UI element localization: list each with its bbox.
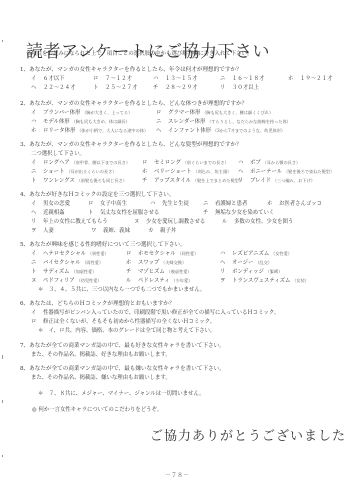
option-5-i[interactable]: イヘテロセクシャル （異性愛） (31, 249, 109, 257)
option-1-ho[interactable]: ホ１９～２１才 (288, 74, 332, 82)
option-5-ha[interactable]: ハレズビアニズム （女性愛） (220, 249, 292, 257)
option-1-ha[interactable]: ハ１３～１５才 (153, 74, 197, 82)
option-4-ri[interactable]: リ年上の女性に教えてもらう (31, 217, 108, 225)
option-4-ka[interactable]: カ親子丼 (148, 226, 176, 234)
option-3-to[interactable]: トワンレングス （前髪も後ろも同じ長さ） (31, 176, 127, 184)
option-4-ru[interactable]: ル多数の女性、少女を囲う (222, 217, 293, 225)
scan-mark (2, 400, 3, 403)
option-4-ni[interactable]: ニ看護婦と患者 (203, 199, 247, 207)
option-5-he[interactable]: ヘオージー （乱交） (220, 258, 272, 266)
option-1-chi[interactable]: チ２８～２９才 (153, 83, 197, 91)
option-6-ro[interactable]: ロ修正は全くないが、そもそも初めから性器描写の全くないＨコミック。 (31, 317, 215, 325)
scan-mark (2, 355, 3, 359)
footnote-q3-5: ＊ ３、４、５共に、三つ以内なら一つでも二つでもかまいません。 (38, 285, 205, 293)
page-number: －７８－ (165, 470, 189, 479)
option-4-i[interactable]: イ男女の恋愛 (31, 199, 70, 207)
scan-mark (2, 40, 3, 42)
free-comment: ◎ 何か一言女性キャラについてのこだわりをどうぞ。 (32, 405, 162, 413)
option-4-ro[interactable]: ロ女子中高生 (88, 199, 127, 207)
question-text: あなたが、マンガの女性キャラクターを作るとしたら、年令は何才が理想的ですか？ (29, 67, 241, 73)
option-3-ni[interactable]: ニショート （耳が出るくらいの長さ） (31, 167, 116, 175)
footnote-q7-8: ＊ ７、８共に、メジャー、マイナー、ジャンルは一切問いません。 (38, 389, 205, 397)
option-3-ha[interactable]: ハボブ （耳から顎の長さ） (238, 158, 300, 166)
option-3-he[interactable]: ヘポニーテール （髪を後ろで束ねた髪型） (238, 167, 334, 175)
option-4-ha[interactable]: ハ先生と生徒 (150, 199, 189, 207)
option-1-he[interactable]: ヘ２２～２４才 (31, 83, 75, 91)
option-5-to[interactable]: トサディズム （加虐性愛） (31, 267, 96, 275)
option-1-ri[interactable]: リ３０才以上 (220, 83, 259, 91)
option-4-wa[interactable]: ワ義姉、義妹 (91, 226, 130, 234)
option-3-i[interactable]: イロングヘア （肩甲骨、腰以下までの長さ） (31, 158, 130, 166)
option-1-ro[interactable]: ロ７～１２才 (93, 74, 132, 82)
scan-mark (2, 455, 3, 457)
question-7-subtext: また、その作品名、掲載誌、好きな理由もお願いします。 (31, 350, 171, 358)
option-2-he[interactable]: ヘインファント体形 （3から7才までのような、幼児体形） (156, 126, 285, 134)
option-4-to[interactable]: ト気丈な女性を屈服させる (88, 208, 159, 216)
question-3-subtext: 二つ選択して下さい。 (31, 149, 85, 157)
option-2-ha[interactable]: ハモデル体形 （胸も尻も大きめ、体は細長） (31, 117, 130, 125)
footnote-q6: ＊ イ、ロ共、内容、価格、本のグレードは全て同じ物と考えて下さい。 (38, 326, 215, 334)
question-6: 6、あなたは、どちらのＨコミックが理想的とおもいますか？ (20, 299, 174, 307)
double-circle-icon: ◎ (32, 407, 37, 413)
option-5-chi[interactable]: チマゾヒズム （被虐性愛） (126, 267, 192, 275)
option-4-he[interactable]: ヘ近親相姦 (31, 208, 65, 216)
option-2-ro[interactable]: ログラマー体形 （胸も尻も大きく、腰は細くくびれ） (156, 108, 273, 116)
intro-text: 各項目をお読みになられた上で、項目ごとの選択肢の中から選び解答欄に書き入れて下さ… (26, 49, 252, 57)
option-5-ro[interactable]: ロホモセクシャル （同性愛） (126, 249, 198, 257)
option-1-ni[interactable]: ニ１６～１８才 (220, 74, 264, 82)
option-6-i[interactable]: イ性器描写がビンバン入っていたので、印刷段階で黒い修正が全ての描写に入っているＨ… (31, 308, 279, 316)
question-8: 8、あなたが全ての商業マンガ誌の中で、最も嫌いな女性キャラを書いて下さい。 (20, 364, 225, 372)
option-5-ho[interactable]: ホスワップ （夫婦交換） (126, 258, 186, 266)
option-5-ru[interactable]: ルペドレスティ （少年愛） (126, 276, 192, 284)
option-4-nu[interactable]: ヌ少女を愛玩し調教させる (134, 217, 205, 225)
thanks-message: ご協力ありがとうございました (150, 425, 346, 444)
option-3-ho[interactable]: ホベリーショート （刈込み、坊主頭） (142, 167, 231, 175)
option-3-chi[interactable]: チアップスタイル （髪を上でまとめた髪型） (142, 176, 243, 184)
option-5-ri[interactable]: リボンディッジ （緊縛） (220, 267, 282, 275)
option-5-nu[interactable]: ヌペドフィリア （幼児性愛） (31, 276, 102, 284)
question-2: 2、あなたが、マンガの女性キャラクターを作るとしたら、どんな体つきが理想的ですか… (20, 99, 247, 107)
option-2-ho[interactable]: ホロリータ体形 （体が小柄で、大人になる途中の体） (31, 126, 148, 134)
option-4-chi[interactable]: チ無垢な少女を染めていく (203, 208, 274, 216)
option-1-i[interactable]: イ６才以下 (31, 74, 65, 82)
option-2-i[interactable]: イブランバー体形 （胸が大きく、上ってる） (31, 108, 132, 116)
option-4-wo[interactable]: ヲ人妻 (31, 226, 54, 234)
option-4-ho[interactable]: ホお医者さんゴッコ (267, 199, 322, 207)
question-3: 3、あなたが、マンガの女性キャラクターを作るとしたら、どんな髪型が理想的ですか？ (20, 140, 242, 148)
option-3-ro[interactable]: ロセミロング （肩ぐらいまでの長さ） (142, 158, 229, 166)
question-5: 5、あなたが興味を感じる性的嗜好について三つ選択して下さい。 (20, 240, 186, 248)
option-5-ni[interactable]: ニバイセクシャル （両性愛） (31, 258, 103, 266)
question-4: 4、あなたが好きなＨコミックの設定を三つ選択して下さい。 (20, 190, 174, 198)
question-7: 7、あなたが全ての商業マンガ誌の中で、最も好きな女性キャラを書いて下さい。 (20, 341, 225, 349)
question-1: 1、あなたが、マンガの女性キャラクターを作るとしたら、年令は何才が理想的ですか？ (20, 65, 242, 73)
option-2-ni[interactable]: ニスレンダー体形 （すらりとし、なだらかな曲線を持った体） (156, 117, 291, 125)
option-3-ri[interactable]: リブレイド （三つ編み、お下げ） (238, 176, 315, 184)
question-8-subtext: また、その作品名、掲載誌、嫌いな理由もお願いします。 (31, 373, 171, 381)
option-1-to[interactable]: ト２５～２７才 (93, 83, 137, 91)
option-5-wo[interactable]: ヲトランスヴェスティズム （女装） (220, 276, 309, 284)
question-number: 1、 (20, 67, 29, 73)
